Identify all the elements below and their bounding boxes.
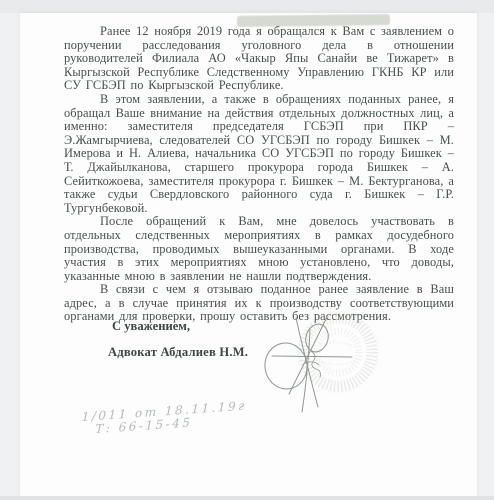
closing-block: С уважением, Адвокат Абдалиев Н.М. [108,319,248,360]
document-page: Ранее 12 ноября 2019 года я обращался к … [20,13,477,500]
scanned-letter: Ранее 12 ноября 2019 года я обращался к … [0,0,494,500]
scan-edge-shadow [0,496,494,500]
signatory-name: Адвокат Абдалиев Н.М. [108,345,248,360]
paragraph-1: Ранее 12 ноября 2019 года я обращался к … [64,25,454,93]
stamp-and-signature [255,303,395,433]
scan-background-top [0,0,494,13]
paragraph-2: В этом заявлении, а также в обращениях п… [64,93,454,215]
handwritten-note: 1/011 от 18.11.19г Т: 66-15-45 [81,398,261,437]
letter-body: Ранее 12 ноября 2019 года я обращался к … [64,25,454,324]
closing-regards: С уважением, [112,319,248,334]
paragraph-3: После обращений к Вам, мне довелось учас… [64,215,454,283]
